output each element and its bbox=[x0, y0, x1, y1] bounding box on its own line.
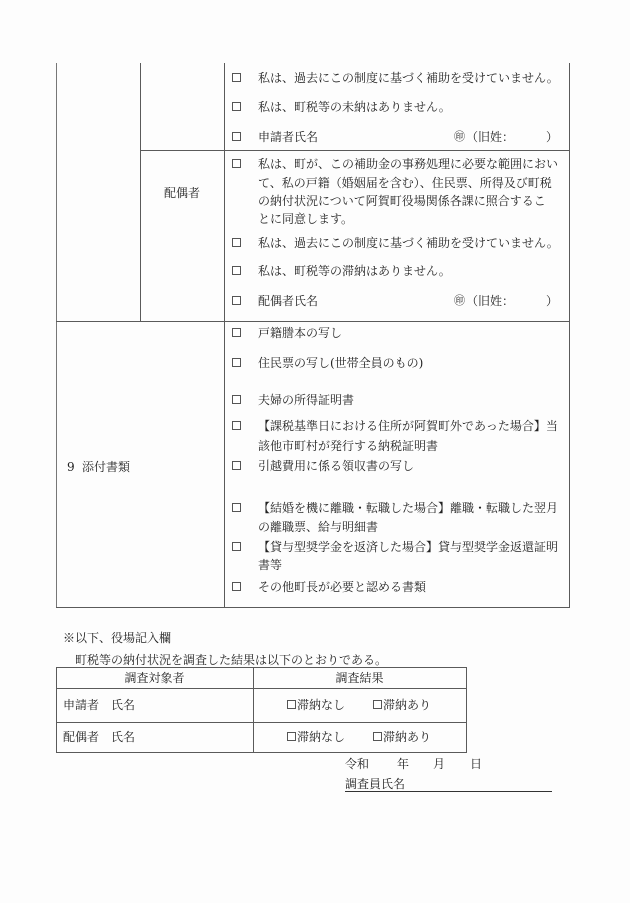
survey-table-bottom bbox=[56, 752, 467, 753]
spouse-label: 配偶者 bbox=[140, 184, 224, 202]
checkbox-spouse-delinquency[interactable] bbox=[373, 732, 382, 741]
option-spouse-no-delinquency: 滞納なし bbox=[297, 728, 345, 746]
option-applicant-delinquency: 滞納あり bbox=[383, 696, 431, 714]
survey-table-top bbox=[56, 667, 467, 668]
survey-table-header-bottom bbox=[56, 688, 467, 689]
spouse-consent-line-3: の納付状況について阿賀町役場関係各課に照合するこ bbox=[258, 192, 546, 210]
checkbox-applicant-name[interactable] bbox=[232, 132, 241, 141]
spouse-no-prior-subsidy-text: 私は、過去にこの制度に基づく補助を受けていません。 bbox=[258, 234, 559, 252]
table-border-right bbox=[569, 63, 570, 608]
spouse-name-label: 配偶者氏名 bbox=[258, 292, 318, 310]
attachments-label: 添付書類 bbox=[82, 458, 130, 476]
row-divider-attachments bbox=[56, 321, 570, 322]
row-divider-spouse bbox=[140, 150, 570, 151]
applicant-former-name-label: （旧姓： bbox=[466, 128, 514, 146]
attachment-job-change-line-2: の離職票、給与明細書 bbox=[258, 518, 378, 536]
spouse-consent-line-2: て、私の戸籍（婚姻届を含む）、住民票、所得及び町税 bbox=[258, 174, 552, 192]
checkbox-applicant-no-delinquency[interactable] bbox=[287, 700, 296, 709]
checkbox-income-certificate[interactable] bbox=[232, 395, 241, 404]
attachment-moving-receipt: 引越費用に係る領収書の写し bbox=[258, 457, 414, 475]
date-month-label: 月 bbox=[433, 755, 445, 773]
checkbox-applicant-delinquency[interactable] bbox=[373, 700, 382, 709]
checkbox-spouse-no-prior-subsidy[interactable] bbox=[232, 238, 241, 247]
applicant-former-name-close: ） bbox=[546, 128, 558, 146]
row-target-spouse: 配偶者 氏名 bbox=[63, 728, 135, 746]
checkbox-applicant-no-prior-subsidy[interactable] bbox=[232, 73, 241, 82]
table-border-left bbox=[56, 63, 57, 608]
attachment-resident-record: 住民票の写し(世帯全員のもの) bbox=[258, 354, 423, 372]
row-target-applicant: 申請者 氏名 bbox=[63, 696, 135, 714]
checkbox-tax-payment-certificate[interactable] bbox=[232, 421, 241, 430]
applicant-no-prior-subsidy-text: 私は、過去にこの制度に基づく補助を受けていません。 bbox=[258, 69, 559, 87]
checkbox-spouse-no-delinquent-tax[interactable] bbox=[232, 266, 241, 275]
spouse-former-name-close: ） bbox=[546, 292, 558, 310]
date-year-label: 年 bbox=[397, 755, 409, 773]
attachment-scholarship-line-2: 書等 bbox=[258, 556, 282, 574]
attachment-tax-payment-certificate-line-1: 【課税基準日における住所が阿賀町外であった場合】当 bbox=[258, 417, 558, 435]
checkbox-scholarship-repayment[interactable] bbox=[232, 542, 241, 551]
office-use-note: ※以下、役場記入欄 bbox=[63, 629, 171, 647]
attachment-scholarship-line-1: 【貸与型奨学金を返済した場合】貸与型奨学金返還証明 bbox=[258, 538, 558, 556]
attachment-tax-payment-certificate-line-2: 該他市町村が発行する納税証明書 bbox=[258, 437, 438, 455]
checkbox-resident-record[interactable] bbox=[232, 358, 241, 367]
attachment-family-register: 戸籍謄本の写し bbox=[258, 324, 342, 342]
spouse-former-name-label: （旧姓： bbox=[466, 292, 514, 310]
survey-table-row-divider bbox=[56, 722, 467, 723]
spouse-no-delinquent-tax-text: 私は、町税等の滞納はありません。 bbox=[258, 262, 451, 280]
checkbox-spouse-no-delinquency[interactable] bbox=[287, 732, 296, 741]
checkbox-job-change-documents[interactable] bbox=[232, 503, 241, 512]
checkbox-spouse-consent[interactable] bbox=[232, 159, 241, 168]
checkbox-moving-receipt[interactable] bbox=[232, 461, 241, 470]
document-page: 私は、過去にこの制度に基づく補助を受けていません。 私は、町税等の未納はありませ… bbox=[0, 0, 630, 903]
table-divider-col3 bbox=[224, 63, 225, 608]
checkbox-spouse-name[interactable] bbox=[232, 296, 241, 305]
attachment-job-change-line-1: 【結婚を機に離職・転職した場合】離職・転職した翌月 bbox=[258, 499, 558, 517]
spouse-consent-line-4: とに同意します。 bbox=[258, 210, 353, 228]
date-day-label: 日 bbox=[470, 755, 482, 773]
attachment-income-certificate: 夫婦の所得証明書 bbox=[258, 391, 354, 409]
attachments-number: 9 bbox=[67, 458, 75, 476]
applicant-name-label: 申請者氏名 bbox=[258, 128, 318, 146]
seal-icon: ㊞ bbox=[454, 128, 465, 146]
attachment-other-documents: その他町長が必要と認める書類 bbox=[258, 578, 426, 596]
applicant-no-unpaid-tax-text: 私は、町税等の未納はありません。 bbox=[258, 98, 451, 116]
investigator-name-field[interactable] bbox=[345, 791, 552, 792]
checkbox-family-register[interactable] bbox=[232, 328, 241, 337]
date-era: 令和 bbox=[345, 755, 369, 773]
header-survey-result: 調査結果 bbox=[253, 669, 466, 687]
checkbox-applicant-no-unpaid-tax[interactable] bbox=[232, 102, 241, 111]
seal-icon: ㊞ bbox=[454, 292, 465, 310]
option-spouse-delinquency: 滞納あり bbox=[383, 728, 431, 746]
table-border-bottom bbox=[56, 607, 570, 608]
option-applicant-no-delinquency: 滞納なし bbox=[297, 696, 345, 714]
spouse-consent-line-1: 私は、町が、この補助金の事務処理に必要な範囲におい bbox=[258, 155, 558, 173]
survey-table-right bbox=[466, 667, 467, 753]
checkbox-other-documents[interactable] bbox=[232, 582, 241, 591]
header-survey-target: 調査対象者 bbox=[56, 669, 253, 687]
